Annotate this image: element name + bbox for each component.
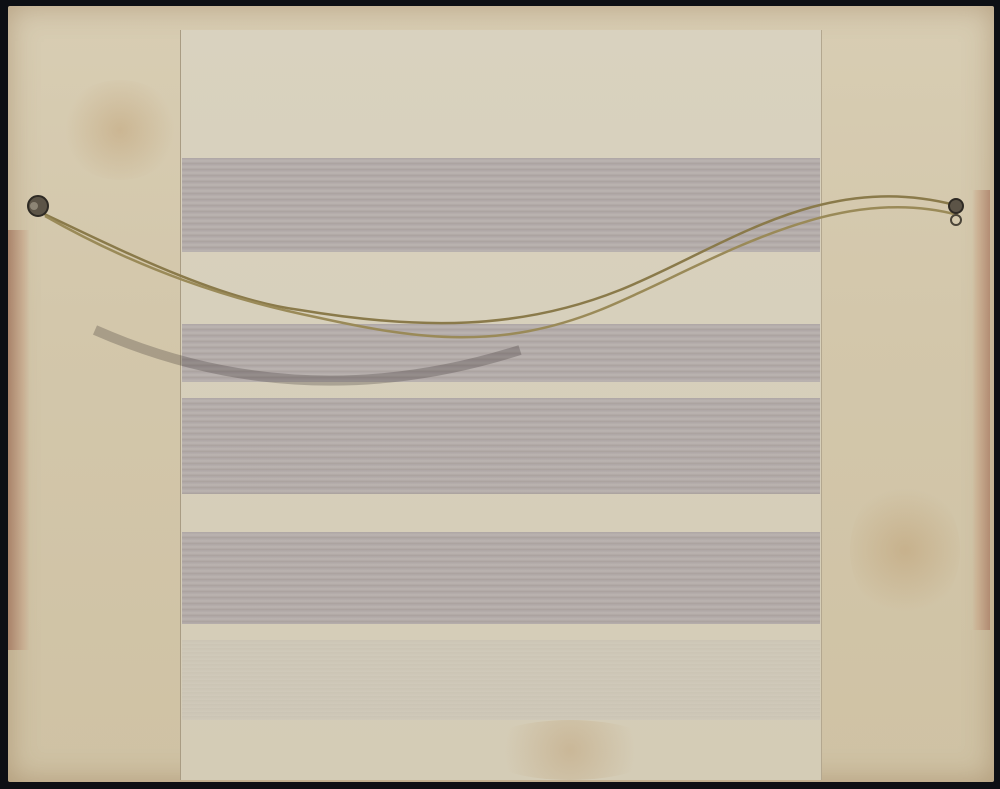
left-wire-knot (28, 196, 48, 216)
right-wire-eyelet (949, 199, 963, 225)
hanging-wire (0, 0, 1000, 789)
